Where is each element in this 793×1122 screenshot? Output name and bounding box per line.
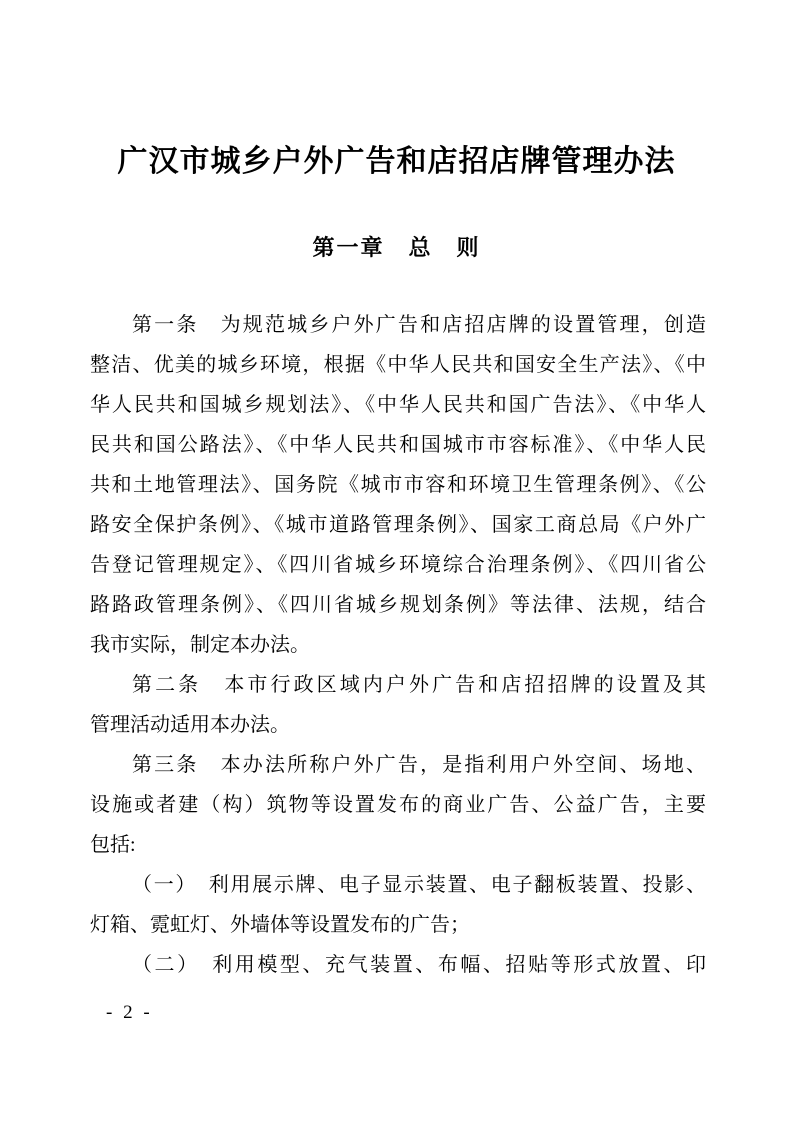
body-line: 整洁、优美的城乡环境，根据《中华人民共和国安全生产法》、《中	[90, 345, 706, 385]
document-body: 第一条 为规范城乡户外广告和店招店牌的设置管理，创造 整洁、优美的城乡环境，根据…	[90, 305, 706, 985]
body-line: （一） 利用展示牌、电子显示装置、电子翻板装置、投影、	[90, 865, 706, 905]
body-line: 第一条 为规范城乡户外广告和店招店牌的设置管理，创造	[90, 305, 706, 345]
body-line: 华人民共和国城乡规划法》、《中华人民共和国广告法》、《中华人	[90, 385, 706, 425]
body-line: （二） 利用模型、充气装置、布幅、招贴等形式放置、印	[90, 945, 706, 985]
body-line: 设施或者建（构）筑物等设置发布的商业广告、公益广告，主要	[90, 785, 706, 825]
document-title: 广汉市城乡户外广告和店招店牌管理办法	[0, 141, 793, 183]
body-line: 第三条 本办法所称户外广告，是指利用户外空间、场地、	[90, 745, 706, 785]
body-line: 民共和国公路法》、《中华人民共和国城市市容标准》、《中华人民	[90, 425, 706, 465]
page-number: - 2 -	[106, 1002, 153, 1024]
body-line: 我市实际，制定本办法。	[90, 625, 706, 665]
body-line: 共和土地管理法》、国务院《城市市容和环境卫生管理条例》、《公	[90, 465, 706, 505]
chapter-heading: 第一章 总 则	[0, 234, 793, 264]
body-line: 灯箱、霓虹灯、外墙体等设置发布的广告；	[90, 905, 706, 945]
body-line: 管理活动适用本办法。	[90, 705, 706, 745]
body-line: 路安全保护条例》、《城市道路管理条例》、国家工商总局《户外广	[90, 505, 706, 545]
document-page: 广汉市城乡户外广告和店招店牌管理办法 第一章 总 则 第一条 为规范城乡户外广告…	[0, 0, 793, 1122]
body-line: 路路政管理条例》、《四川省城乡规划条例》等法律、法规，结合	[90, 585, 706, 625]
body-line: 告登记管理规定》、《四川省城乡环境综合治理条例》、《四川省公	[90, 545, 706, 585]
body-line: 第二条 本市行政区域内户外广告和店招招牌的设置及其	[90, 665, 706, 705]
body-line: 包括:	[90, 825, 706, 865]
